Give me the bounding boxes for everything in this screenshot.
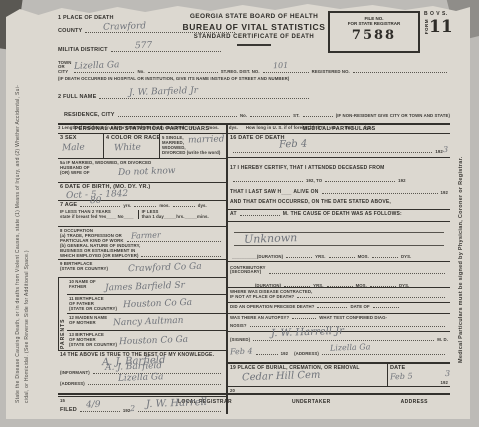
signed-field: J. W. Harrell Jr [253, 340, 434, 341]
sex-value: Male [62, 144, 85, 153]
birthplace-value: Crawford Co Ga [128, 263, 202, 274]
cause-intro-cell: AT M. THE CAUSE OF DEATH WAS AS FOLLOWS: [228, 210, 450, 222]
informant-address-field: Lizella Ga [88, 384, 221, 385]
operation-cell: DID AN OPERATION PRECEDE DEATH? DATE OF [228, 303, 450, 314]
mother-name-cell: 12 MAIDEN NAME OF MOTHER Nancy Aultman [67, 314, 226, 331]
marital-value: married [187, 135, 224, 144]
mother-birthplace-cell: 13 BIRTHPLACE OF MOTHER (STATE OR COUNTR… [67, 331, 226, 350]
filed-year-suffix: 2 [130, 405, 135, 413]
foreign-birth-label: How long in U. S. if of foreign birth? [246, 125, 323, 130]
title-block: GEORGIA STATE BOARD OF HEALTH BUREAU OF … [154, 13, 354, 46]
certify-to-label: , TO [313, 178, 322, 183]
signed-address-label: (ADDRESS) [294, 351, 319, 356]
personal-particulars-column: PERSONAL AND STATISTICAL PARTICULARS 3 S… [58, 125, 228, 414]
cause-of-death-cell: Unknown __________ (DURATION) YRS. MOS. … [228, 222, 450, 262]
signed-year-printed: 192 [281, 351, 288, 356]
registered-no-label: REGISTERED NO. [312, 69, 350, 74]
registrar-signature: J. W. Harrell [146, 399, 207, 409]
streg-field: 101 [263, 72, 309, 73]
hospital-note: (IF DEATH OCCURRED IN HOSPITAL OR INSTIT… [58, 76, 289, 81]
county-label: COUNTY [58, 28, 82, 34]
filed-date-field: 4/9 [80, 411, 120, 412]
dod-year-printed: 192 [435, 149, 442, 154]
duration-dys-1: DYS. [401, 254, 411, 259]
filed-label: FILED [60, 407, 77, 413]
place-of-death-label: 1 PLACE OF DEATH [58, 15, 114, 21]
operation-label: DID AN OPERATION PRECEDE DEATH? [230, 304, 314, 309]
at-label: AT [230, 211, 237, 217]
no-label: No. [137, 69, 144, 74]
militia-district-field: 577 [111, 51, 221, 52]
certify-line-3: AND THAT DEATH OCCURRED, ON THE DATE STA… [230, 199, 391, 205]
dob-cell: 6 DATE OF BIRTH, (MO. DY. YR.) Oct - 5 -… [58, 183, 226, 201]
race-label: 4 COLOR OR RACE [106, 135, 160, 141]
dys-label-2: dys. [363, 125, 372, 130]
registrar-signature-field: J. W. Harrell [138, 411, 221, 412]
date-of-death-field: Feb 4 [233, 152, 432, 153]
occupation-field: Farmer [127, 241, 221, 242]
date-of-death-label: 16 DATE OF DEATH [230, 135, 285, 141]
mos-label-2: mos. [345, 125, 355, 130]
medical-particulars-column: MEDICAL PARTICULARS 16 DATE OF DEATH Feb… [228, 125, 450, 414]
form-word: FORM [424, 19, 429, 34]
scanned-death-certificate: State the Disease Causing Death, or in d… [0, 0, 479, 427]
burial-date-cell: DATE Feb 5 192 3 [388, 364, 450, 386]
board-title: GEORGIA STATE BOARD OF HEALTH [154, 13, 354, 20]
sex-cell: 3 SEX Male [58, 134, 104, 158]
certify-year-2: 192 [398, 178, 405, 183]
date-of-death-cell: 16 DATE OF DEATH Feb 4 1923 [228, 134, 450, 158]
operation-date-label: DATE OF [350, 304, 369, 309]
disease-contracted-cell: WHERE WAS DISEASE CONTRACTED, IF NOT AT … [228, 288, 450, 303]
streg-label: ST.REG. DIST. NO. [221, 69, 260, 74]
full-name-label: 2 FULL NAME [58, 94, 96, 100]
duration-yrs-1: YRS. [315, 254, 325, 259]
residence-st-field [303, 116, 333, 117]
right-margin-note: Medical Particulars must be signed by Ph… [457, 33, 466, 363]
contributory-cell: CONTRIBUTORY (SECONDARY) __________ (DUR… [228, 262, 450, 288]
margin-note-line1: State the Disease Causing Death, or in d… [14, 43, 23, 403]
burial-value: Cedar Hill Cem [242, 372, 321, 383]
residence-st-label: ST. [293, 113, 300, 118]
street-no-field [148, 72, 218, 73]
m-label: M. [283, 211, 289, 217]
spouse-value: Do not know [118, 167, 176, 177]
certificate-subtitle: STANDARD CERTIFICATE OF DEATH [154, 34, 354, 40]
date-of-death-value: Feb 4 [279, 141, 308, 150]
age-value: 80 [90, 197, 102, 205]
residence-no-label: No. [240, 113, 247, 118]
county-field: Crawford [85, 32, 235, 33]
occupation-cell: 8 OCCUPATION (a) TRADE, PROFESSION OR PA… [58, 227, 226, 260]
informant-address-value: Lizella Ga [118, 373, 164, 383]
form-number-block: B O V S. FORM 11 [424, 11, 450, 53]
signed-address-field: Lizella Ga [322, 354, 445, 355]
age-label: 7 AGE [60, 202, 77, 208]
registered-no-field [353, 72, 447, 73]
streg-value: 101 [273, 62, 289, 71]
residence-field [118, 116, 237, 117]
marital-cell: 5 SINGLE, MARRIED, WIDOWED, DIVORCED (wr… [160, 134, 226, 158]
burial-year-suffix: 3 [445, 370, 450, 378]
father-name-cell: 10 NAME OF FATHER James Barfield Sr [67, 278, 226, 295]
town-value: Lizella Ga [74, 61, 120, 71]
breastfed-no-label: No [118, 214, 124, 219]
attestation-cell: 14 THE ABOVE IS TRUE TO THE BEST OF MY K… [58, 351, 226, 397]
margin-note-medical: Medical Particulars must be signed by Ph… [457, 33, 466, 363]
burial-date-value: Feb 5 [390, 373, 413, 382]
header-right-block: FILE NO. FOR STATE REGISTRAR 7588 B O V … [328, 11, 450, 53]
length-residence-label: 3 Length of residence in city or town wh… [58, 125, 184, 130]
certificate-paper: State the Disease Causing Death, or in d… [6, 3, 470, 419]
filed-cell: 15 FILED 4/9 192 2 J. W. Harrell [58, 396, 226, 414]
mos-label: mos. [208, 125, 218, 130]
md-label: M. D. [437, 337, 448, 342]
father-name-value: James Barfield Sr [105, 282, 185, 293]
informant-value: A. J. Barfield [105, 362, 162, 372]
nonresident-note: (IF NON-RESIDENT GIVE CITY OR TOWN AND S… [336, 113, 450, 118]
certificate-body: PERSONAL AND STATISTICAL PARTICULARS 3 S… [58, 123, 450, 395]
full-name-value: J. W. Barfield Jr [129, 87, 198, 97]
test-label-2: NOSIS? [230, 323, 247, 328]
certify-line-2: THAT I LAST SAW H [230, 189, 281, 195]
militia-district-value: 577 [135, 42, 152, 51]
undertaker-cell: 20 [228, 387, 450, 414]
militia-district-label: MILITIA DISTRICT [58, 47, 108, 53]
form-header: GEORGIA STATE BOARD OF HEALTH BUREAU OF … [58, 11, 450, 123]
age-cell: 7 AGE 80 yrs. mos. dys. I [58, 201, 226, 227]
burial-cell: 19 PLACE OF BURIAL, CREMATION, OR REMOVA… [228, 364, 388, 386]
secondary-label: (SECONDARY) [230, 270, 266, 275]
mother-name-value: Nancy Aultman [113, 317, 184, 327]
signed-address-value: Lizella Ga [330, 343, 371, 352]
dys-label: dys. [229, 125, 238, 130]
cause-of-death-value: Unknown [244, 234, 297, 244]
age-mos-label: mos. [159, 203, 169, 208]
alive-on-label: ALIVE ON [293, 189, 318, 195]
residence-no-field [250, 116, 290, 117]
undertaker-item-number: 20 [230, 388, 235, 393]
race-value: White [114, 144, 141, 153]
duration-label-1: (DURATION) [257, 254, 283, 259]
informant-label: (INFORMANT) [60, 370, 90, 375]
father-birthplace-value: Houston Co Ga [123, 299, 192, 309]
employer-field [141, 256, 221, 257]
certify-line-1: 17 I HEREBY CERTIFY, THAT I ATTENDED DEC… [230, 165, 385, 171]
autopsy-label: WAS THERE AN AUTOPSY? [230, 315, 289, 320]
yrs-label-2: yrs. [329, 125, 337, 130]
parents-vertical-label: PARENTS [58, 278, 67, 350]
title-rule [237, 44, 271, 46]
race-cell: 4 COLOR OR RACE White [104, 134, 160, 158]
signed-label: (SIGNED) [230, 337, 250, 342]
occupation-b3-label: WHICH EMPLOYED (OR EMPLOYER) [60, 253, 138, 258]
cause-of-death-label: THE CAUSE OF DEATH WAS AS FOLLOWS: [291, 211, 402, 217]
file-for-label: FOR STATE REGISTRAR [330, 21, 418, 26]
burial-date-label: DATE [390, 365, 405, 371]
dod-year-suffix: 3 [443, 146, 448, 154]
margin-note-line2: cidal, or Homicidal. (See Reverse Side f… [23, 43, 32, 403]
age-dys-label: dys. [198, 203, 207, 208]
marital-label-4: DIVORCED (write the word) [162, 150, 224, 155]
age-yrs-label: yrs. [123, 203, 131, 208]
left-margin-note: State the Disease Causing Death, or in d… [14, 43, 32, 403]
mother-birthplace-value: Houston Co Ga [119, 336, 188, 346]
county-value: Crawford [103, 22, 146, 31]
parents-block: PARENTS 10 NAME OF FATHER James Barfield… [58, 278, 226, 351]
signed-date-value: Feb 4 [230, 348, 253, 357]
form-number: 11 [429, 17, 453, 37]
age-field: 80 [80, 206, 120, 207]
city-label: CITY [58, 70, 71, 75]
file-number-box: FILE NO. FOR STATE REGISTRAR 7588 [328, 11, 420, 53]
test-label-1: WHAT TEST CONFIRMED DIAG- [319, 315, 387, 320]
full-name-field: J. W. Barfield Jr [99, 98, 309, 99]
contracted-label-2: IF NOT AT PLACE OF DEATH? [230, 294, 294, 299]
occupation-value: Farmer [130, 231, 160, 240]
file-number: 7588 [330, 28, 418, 43]
father-birthplace-cell: 11 BIRTHPLACE OF FATHER (STATE OR COUNTR… [67, 295, 226, 314]
bureau-title: BUREAU OF VITAL STATISTICS [154, 22, 354, 32]
less-than-day-label-2: than 1 day [142, 214, 164, 219]
spouse-cell: 5a IF MARRIED, WIDOWED, OR DIVORCED HUSB… [58, 159, 226, 183]
birthplace-cell: 9 BIRTHPLACE (STATE OR COUNTRY) Crawford… [58, 260, 226, 278]
town-field: Lizella Ga [74, 72, 134, 73]
filed-date-value: 4/9 [86, 401, 101, 410]
certificate-form: GEORGIA STATE BOARD OF HEALTH BUREAU OF … [58, 11, 450, 413]
informant-address-label: (ADDRESS) [60, 381, 85, 386]
sex-label: 3 SEX [60, 135, 77, 141]
hrs-label: hrs. [176, 214, 184, 219]
mins-label: mins. [197, 214, 209, 219]
signed-cell: (SIGNED) J. W. Harrell Jr M. D. Feb 4 19… [228, 332, 450, 362]
certify-year-1: 192 [306, 178, 313, 183]
physician-signature: J. W. Harrell Jr [271, 328, 344, 339]
residence-label: RESIDENCE, CITY [64, 112, 115, 118]
burial-year-printed: 192 [441, 380, 448, 385]
certify-year-3: 192 [441, 190, 448, 195]
breastfed-label-2: state if breast fed Yes [60, 214, 106, 219]
certification-cell: 17 I HEREBY CERTIFY, THAT I ATTENDED DEC… [228, 158, 450, 210]
yrs-label: yrs. [190, 125, 198, 130]
duration-mos-1: MOS. [358, 254, 369, 259]
